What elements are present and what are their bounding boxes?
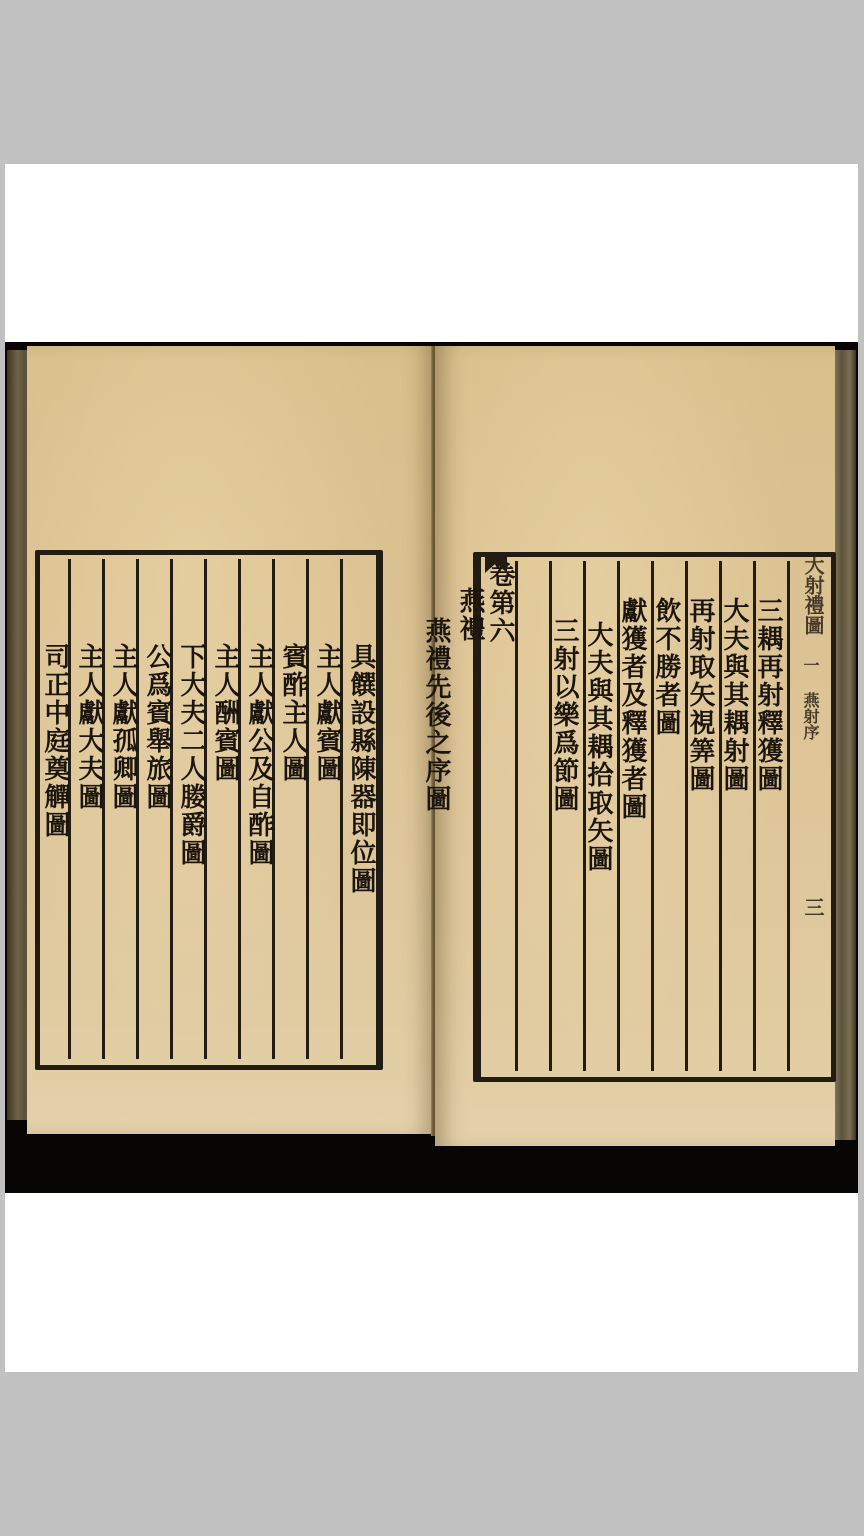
left-page-frame: 具饌設縣陳器即位圖 主人獻賓圖 賓酢主人圖 主人獻公及自酢圖 主人酬賓圖 下大夫… [35, 550, 383, 1070]
right-page-frame: 三耦再射釋獲圖 大夫與其耦射圖 再射取矢視筭圖 飲不勝者圖 獻獲者及釋獲者圖 大… [473, 552, 836, 1082]
toc-entry: 賓酢主人圖 [276, 643, 310, 783]
column-rule [787, 561, 790, 1071]
toc-entry: 主人酬賓圖 [208, 643, 242, 783]
toc-entry: 主人獻大夫圖 [72, 643, 106, 811]
scanned-book-photo: 具饌設縣陳器即位圖 主人獻賓圖 賓酢主人圖 主人獻公及自酢圖 主人酬賓圖 下大夫… [5, 342, 858, 1193]
toc-entry: 再射取矢視筭圖 [683, 597, 717, 793]
toc-entry: 主人獻賓圖 [310, 643, 344, 783]
toc-entry: 大夫與其耦射圖 [717, 597, 751, 793]
toc-entry: 獻獲者及釋獲者圖 [615, 597, 649, 821]
volume-heading: 卷第六 [483, 561, 517, 645]
column-rule [340, 559, 343, 1059]
right-page: 三耦再射釋獲圖 大夫與其耦射圖 再射取矢視筭圖 飲不勝者圖 獻獲者及釋獲者圖 大… [435, 346, 835, 1146]
margin-page-number: 三 [799, 897, 828, 917]
left-page: 具饌設縣陳器即位圖 主人獻賓圖 賓酢主人圖 主人獻公及自酢圖 主人酬賓圖 下大夫… [27, 346, 434, 1134]
toc-entry: 燕禮先後之序圖 [419, 617, 453, 813]
column-rule [238, 559, 241, 1059]
toc-entry: 主人獻公及自酢圖 [242, 643, 276, 867]
toc-entry: 下大夫二人媵爵圖 [174, 643, 208, 867]
toc-entry: 司正中庭奠觶圖 [38, 643, 72, 839]
toc-entry: 具饌設縣陳器即位圖 [344, 643, 378, 895]
toc-entry: 主人獻孤卿圖 [106, 643, 140, 811]
toc-entry: 三耦再射釋獲圖 [751, 597, 785, 793]
toc-entry: 公爲賓舉旅圖 [140, 643, 174, 811]
section-heading: 燕禮 [453, 587, 487, 643]
column-rule [306, 559, 309, 1059]
toc-entry: 三射以樂爲節圖 [547, 617, 581, 813]
margin-label: 一 燕射序 [799, 657, 822, 740]
margin-book-title: 大射禮圖 [799, 555, 828, 635]
toc-entry: 飲不勝者圖 [649, 597, 683, 737]
toc-entry: 大夫與其耦拾取矢圖 [581, 621, 615, 873]
